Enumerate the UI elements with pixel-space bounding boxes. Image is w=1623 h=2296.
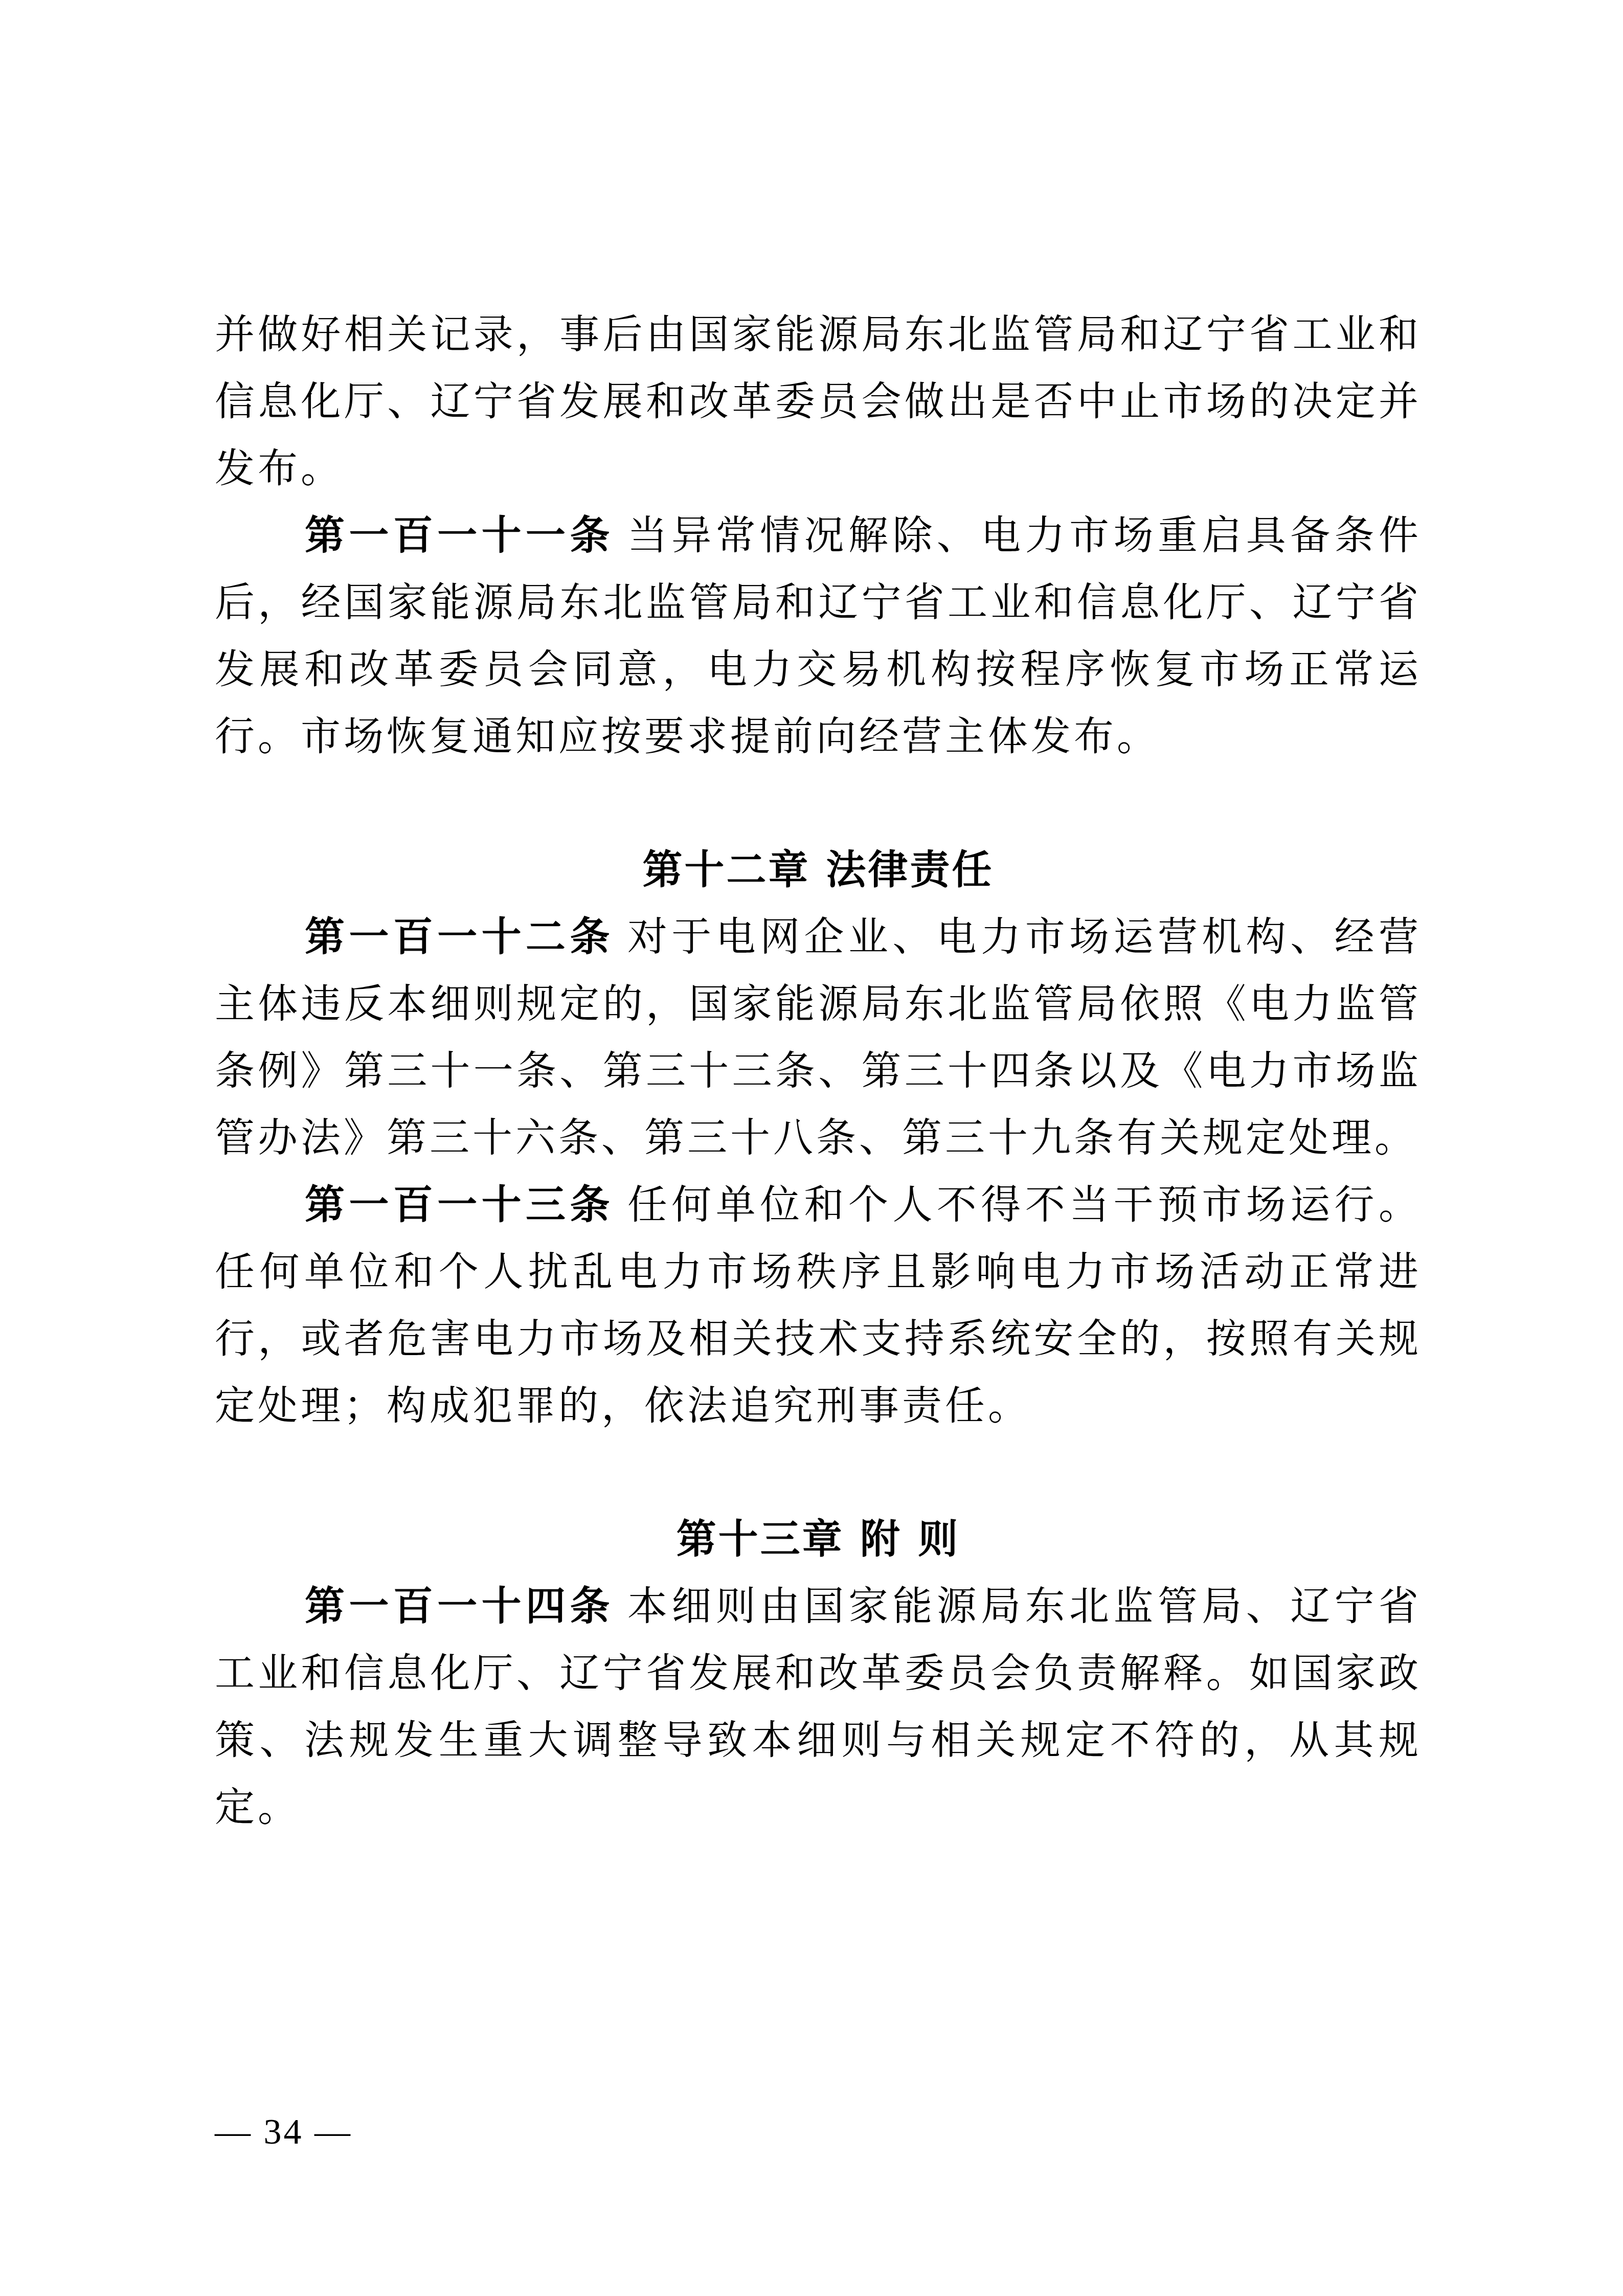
article-label: 第一百一十四条 bbox=[305, 1584, 614, 1630]
paragraph-continuation: 并做好相关记录，事后由国家能源局东北监管局和辽宁省工业和信息化厅、辽宁省发展和改… bbox=[215, 302, 1422, 503]
spacer bbox=[215, 1440, 1422, 1506]
page-number: — 34 — bbox=[215, 2112, 352, 2153]
chapter-heading-13: 第十三章 附 则 bbox=[215, 1506, 1422, 1573]
article-113: 第一百一十三条任何单位和个人不得不当干预市场运行。任何单位和个人扰乱电力市场秩序… bbox=[215, 1172, 1422, 1440]
article-112: 第一百一十二条对于电网企业、电力市场运营机构、经营主体违反本细则规定的，国家能源… bbox=[215, 904, 1422, 1172]
article-label: 第一百一十三条 bbox=[305, 1182, 614, 1228]
document-body: 并做好相关记录，事后由国家能源局东北监管局和辽宁省工业和信息化厅、辽宁省发展和改… bbox=[215, 302, 1422, 1841]
article-111: 第一百一十一条当异常情况解除、电力市场重启具备条件后，经国家能源局东北监管局和辽… bbox=[215, 503, 1422, 771]
spacer bbox=[215, 771, 1422, 837]
paragraph-text: 并做好相关记录，事后由国家能源局东北监管局和辽宁省工业和信息化厅、辽宁省发展和改… bbox=[215, 312, 1422, 492]
article-114: 第一百一十四条本细则由国家能源局东北监管局、辽宁省工业和信息化厅、辽宁省发展和改… bbox=[215, 1573, 1422, 1841]
article-label: 第一百一十二条 bbox=[305, 914, 614, 960]
document-page: 并做好相关记录，事后由国家能源局东北监管局和辽宁省工业和信息化厅、辽宁省发展和改… bbox=[0, 0, 1623, 2296]
article-label: 第一百一十一条 bbox=[305, 513, 614, 559]
chapter-heading-12: 第十二章 法律责任 bbox=[215, 837, 1422, 904]
